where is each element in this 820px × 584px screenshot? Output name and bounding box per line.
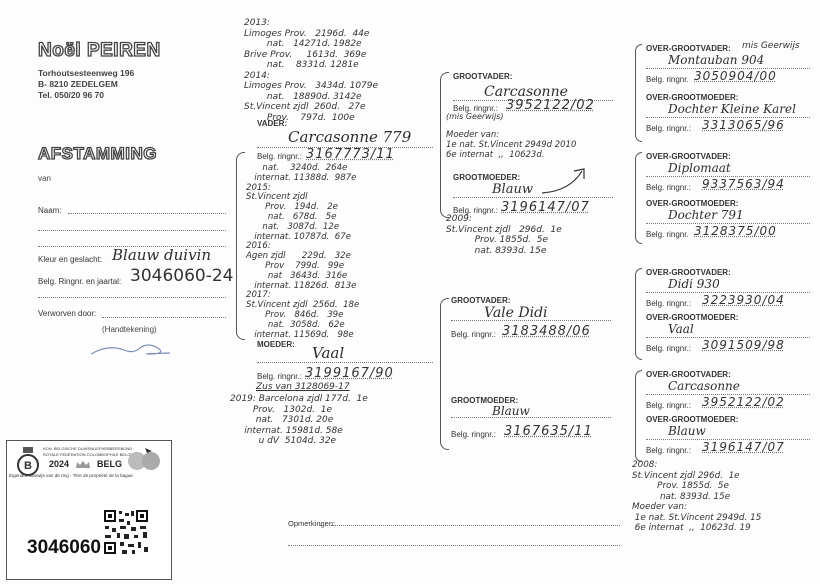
gm-vader-label: GROOTMOEDER: [453,173,520,182]
vader-results-pre: 2013: Limoges Prov. 2196d. 44e nat. 1427… [244,18,378,123]
verworven-label: Verworven door: [38,309,96,318]
gm-vader-results: 2009: St.Vincent zjdl 296d. 1e Prov. 185… [446,214,562,256]
ring-value[interactable]: 3046060-24 [130,266,233,286]
ogp-note: mis Geerwijs [742,41,800,51]
ogp-label: OVER-GROOTMOEDER: [646,415,738,424]
ring-subtitle: Eigendomsbewijs van de ring - Titre de p… [9,473,133,478]
ogp-brace-3 [635,268,642,360]
handtekening-label: (Handtekening) [102,325,157,334]
opmerkingen-label: Opmerkingen: [288,519,335,528]
ogp-ring-label: Belg. ringnr. [646,75,689,84]
ogp-ring: 3091509/98 [702,338,785,352]
ogp-ring: 9337563/94 [702,177,785,191]
svg-text:B: B [24,460,32,472]
ogp-name: Dochter 791 [668,208,744,222]
ring-line-2 [38,297,226,298]
ogp-name: Vaal [668,322,694,336]
kleur-value[interactable]: Blauw duivin [112,246,211,264]
gm-moeder-name: Blauw [492,404,530,418]
ogp-ring-label: Belg. ringnr.: [646,401,691,410]
naam-label: Naam: [38,206,62,215]
ogp-ring-label: Belg. ringnr.: [646,124,691,133]
vader-label: VADER: [257,119,287,128]
ogm-extra-results: 2008: St.Vincent zjdl 296d. 1e Prov. 185… [632,460,761,534]
ogp-name: Dochter Kleine Karel [668,102,796,116]
verworven-field[interactable] [102,317,226,318]
vader-ring-label: Belg. ringnr.: [257,152,302,161]
vader-ring: 3167773/11 [306,147,395,162]
ogp-name: Blauw [668,424,706,438]
gm-vader-name-line [453,197,613,198]
ogp-ring: 3313065/96 [702,118,785,132]
ogp-ring: 3952122/02 [702,395,785,409]
ogp-label: OVER-GROOTMOEDER: [646,313,738,322]
ogp-label: OVER-GROOTVADER: [646,370,731,379]
ogp-brace-4 [635,370,642,462]
gm-moeder-ring: 3167635/11 [504,424,593,439]
ogp-name: Montauban 904 [668,53,764,67]
ring-country: BELG [97,459,122,469]
moeder-ring-label: Belg. ringnr.: [257,372,302,381]
gv-vader-ring: 3952122/02 [506,98,595,113]
gm-moeder-ring-label: Belg. ringnr.: [451,430,496,439]
ogp-ring: 3128375/00 [694,224,777,238]
naam-line-2 [38,230,226,231]
ogp-ring-label: Belg. ringnr.: [646,446,691,455]
ring-label: Belg. Ringnr. en jaartal: [38,277,121,286]
ogp-ring-label: Belg. ringnr.: [646,344,691,353]
ogp-name: Carcasonne [668,379,740,393]
ring-year: 2024 [49,459,69,469]
breeder-phone: Tel. 050/20 96 70 [38,90,134,101]
ogp-label: OVER-GROOTVADER: [646,268,731,277]
ogp-brace-1 [635,44,642,142]
ogp-ring: 3050904/00 [694,69,777,83]
ogp-ring: 3223930/04 [702,293,785,307]
opmerkingen-line-2 [288,545,620,546]
moeder-label: MOEDER: [257,340,295,349]
ring-card: B KON. BELGISCHE DUIVENLIEFHEBBERSBOND R… [6,440,172,580]
breeder-city: B- 8210 ZEDELGEM [38,79,134,90]
moeder-ring: 3199167/90 [305,366,394,381]
kleur-label: Kleur en geslacht: [38,255,102,264]
moeder-results: 2019: Barcelona zjdl 177d. 1e Prov. 1302… [230,394,368,447]
crown-icon [75,460,91,469]
moeder-name-line [257,362,433,363]
globe-pigeon-icon [125,445,163,471]
ogp-ring-label: Belg. ringnr. [646,230,689,239]
opmerkingen-field[interactable] [320,525,620,526]
moeder-name: Vaal [312,344,344,362]
gv-moeder-ring-label: Belg. ringnr.: [451,330,496,339]
org-nl: KON. BELGISCHE DUIVENLIEFHEBBERSBOND [43,446,132,451]
gm-moeder-name-line [451,417,611,418]
naam-field[interactable] [68,213,226,214]
breeder-street: Torhoutsesteenweg 196 [38,68,134,79]
gv-vader-label: GROOTVADER: [453,72,512,81]
signature [88,340,173,362]
ogp-label: OVER-GROOTMOEDER: [646,199,738,208]
breeder-address: Torhoutsesteenweg 196 B- 8210 ZEDELGEM T… [38,68,134,101]
gv-moeder-label: GROOTVADER: [451,296,510,305]
ogp-name: Diplomaat [668,161,731,175]
ogp-name: Didi 930 [668,277,720,291]
moeder-note: Zus van 3128069-17 [256,382,350,392]
ogp-ring-label: Belg. ringnr.: [646,299,691,308]
vader-name: Carcasonne 779 [288,128,411,146]
ring-number: 3046060 [27,537,101,559]
breeder-name: Noël PEIREN [38,40,161,62]
ogp-brace-2 [635,152,642,244]
gv-moeder-ring: 3183488/06 [502,324,591,339]
org-fr: ROYALE FÉDÉRATION COLOMBOPHILE BELGE [43,452,133,457]
ogp-ring: 3196147/07 [702,440,785,454]
ogp-ring-label: Belg. ringnr.: [646,183,691,192]
page-heading: AFSTAMMING [38,144,157,164]
gv-vader-note: (mis Geerwijs) [446,112,503,121]
gm-vader-name: Blauw [492,182,533,197]
qr-code-icon [103,509,149,555]
gm-vader-ring: 3196147/07 [501,200,590,215]
arrow-icon [540,165,590,197]
gv-moeder-name: Vale Didi [484,305,548,321]
gv-vader-extra: Moeder van: 1e nat. St.Vincent 2949d 201… [446,130,576,160]
gp-moeder-brace [440,298,449,450]
vader-brace [236,152,245,340]
ogp-label: OVER-GROOTVADER: [646,44,731,53]
ogp-label: OVER-GROOTVADER: [646,152,731,161]
vader-results-post: nat. 3240d. 264e internat. 11388d. 987e … [246,164,359,340]
van-label: van [38,174,51,183]
ogp-label: OVER-GROOTMOEDER: [646,93,738,102]
